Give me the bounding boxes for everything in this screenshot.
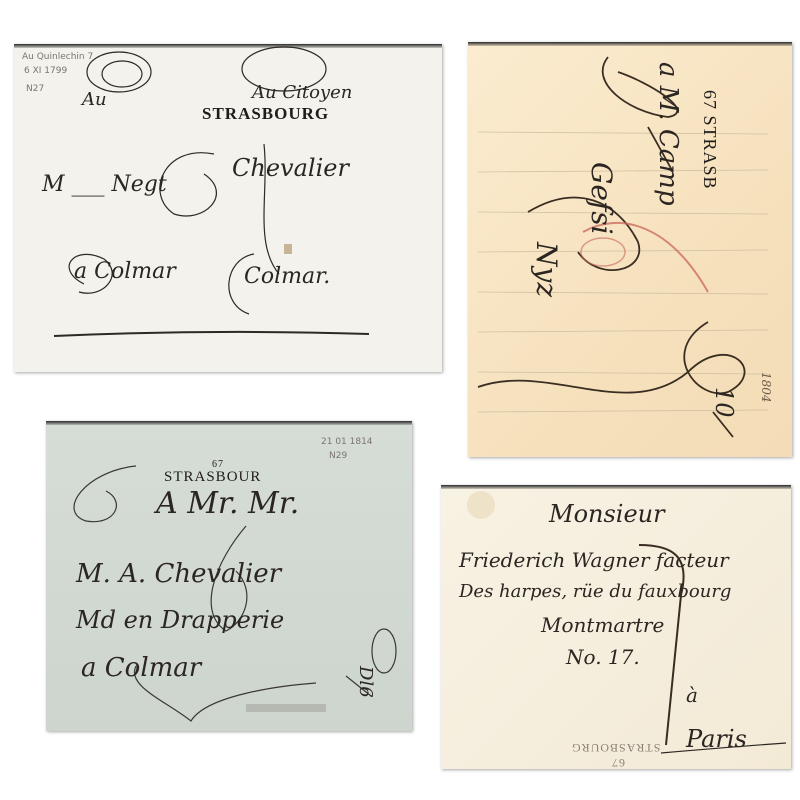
postmark-inverted: STRASBOURG [571, 740, 660, 755]
address-name: Chevalier [232, 154, 349, 182]
letter-2: 67 STRASB a M. Camp Gefsi Nyz 1804 10 [468, 42, 792, 457]
letter-1: Au Quinlechin 7 6 XI 1799 N27 Au Au Cito… [14, 44, 442, 372]
address-line: Friederich Wagner facteur [459, 548, 729, 572]
pencil-note: N29 [329, 451, 347, 462]
address-line: Au Citoyen [252, 82, 352, 103]
handwriting-flourishes [468, 42, 792, 457]
rate-mark: 10 [710, 387, 738, 418]
pencil-note: Au Quinlechin 7 [22, 52, 93, 63]
address-a: à [686, 683, 698, 707]
letter-edge-shadow [441, 485, 791, 489]
letter-4: Monsieur Friederich Wagner facteur Des h… [441, 485, 791, 769]
postmark-strasbourg: STRASBOUR [164, 469, 261, 486]
address-au: Au [82, 89, 107, 110]
address-line: Des harpes, rüe du fauxbourg [459, 581, 731, 602]
address-line: No. 17. [566, 645, 640, 669]
address-line: Montmartre [541, 613, 664, 637]
address-line: a M. Camp [653, 62, 683, 206]
address-line: Md en Drapperie [76, 606, 284, 634]
address-city: Paris [686, 725, 747, 753]
postmark-strasbourg: STRASBOURG [202, 104, 329, 124]
handwriting-flourishes [14, 44, 442, 372]
address-line: M. A. Chevalier [76, 559, 281, 589]
letter-edge-shadow [46, 421, 412, 425]
postmark-text: 67 STRASB [700, 90, 720, 190]
letter-edge-shadow [14, 44, 442, 48]
date-note: 1804 [759, 372, 773, 403]
pencil-note: N27 [26, 84, 44, 95]
pencil-note: 6 XI 1799 [24, 66, 67, 77]
postmark-number: 67 [611, 755, 625, 769]
pencil-note: 21 01 1814 [321, 437, 373, 448]
letter-3: 21 01 1814 N29 67 STRASBOUR A Mr. Mr. M.… [46, 421, 412, 731]
address-line: A Mr. Mr. [156, 486, 299, 521]
address-line: Gefsi [585, 162, 618, 235]
postmark-strasbourg: 67 STRASB [699, 90, 720, 190]
address-line: M ___ Negt [42, 172, 167, 197]
address-city: Colmar. [244, 264, 330, 289]
letter-edge-shadow [468, 42, 792, 46]
address-salutation: Monsieur [549, 500, 665, 528]
rate-mark: Dl6 [355, 666, 376, 698]
address-line: Nyz [530, 242, 563, 297]
address-line: a Colmar [81, 653, 201, 683]
address-line: a Colmar [74, 259, 176, 284]
